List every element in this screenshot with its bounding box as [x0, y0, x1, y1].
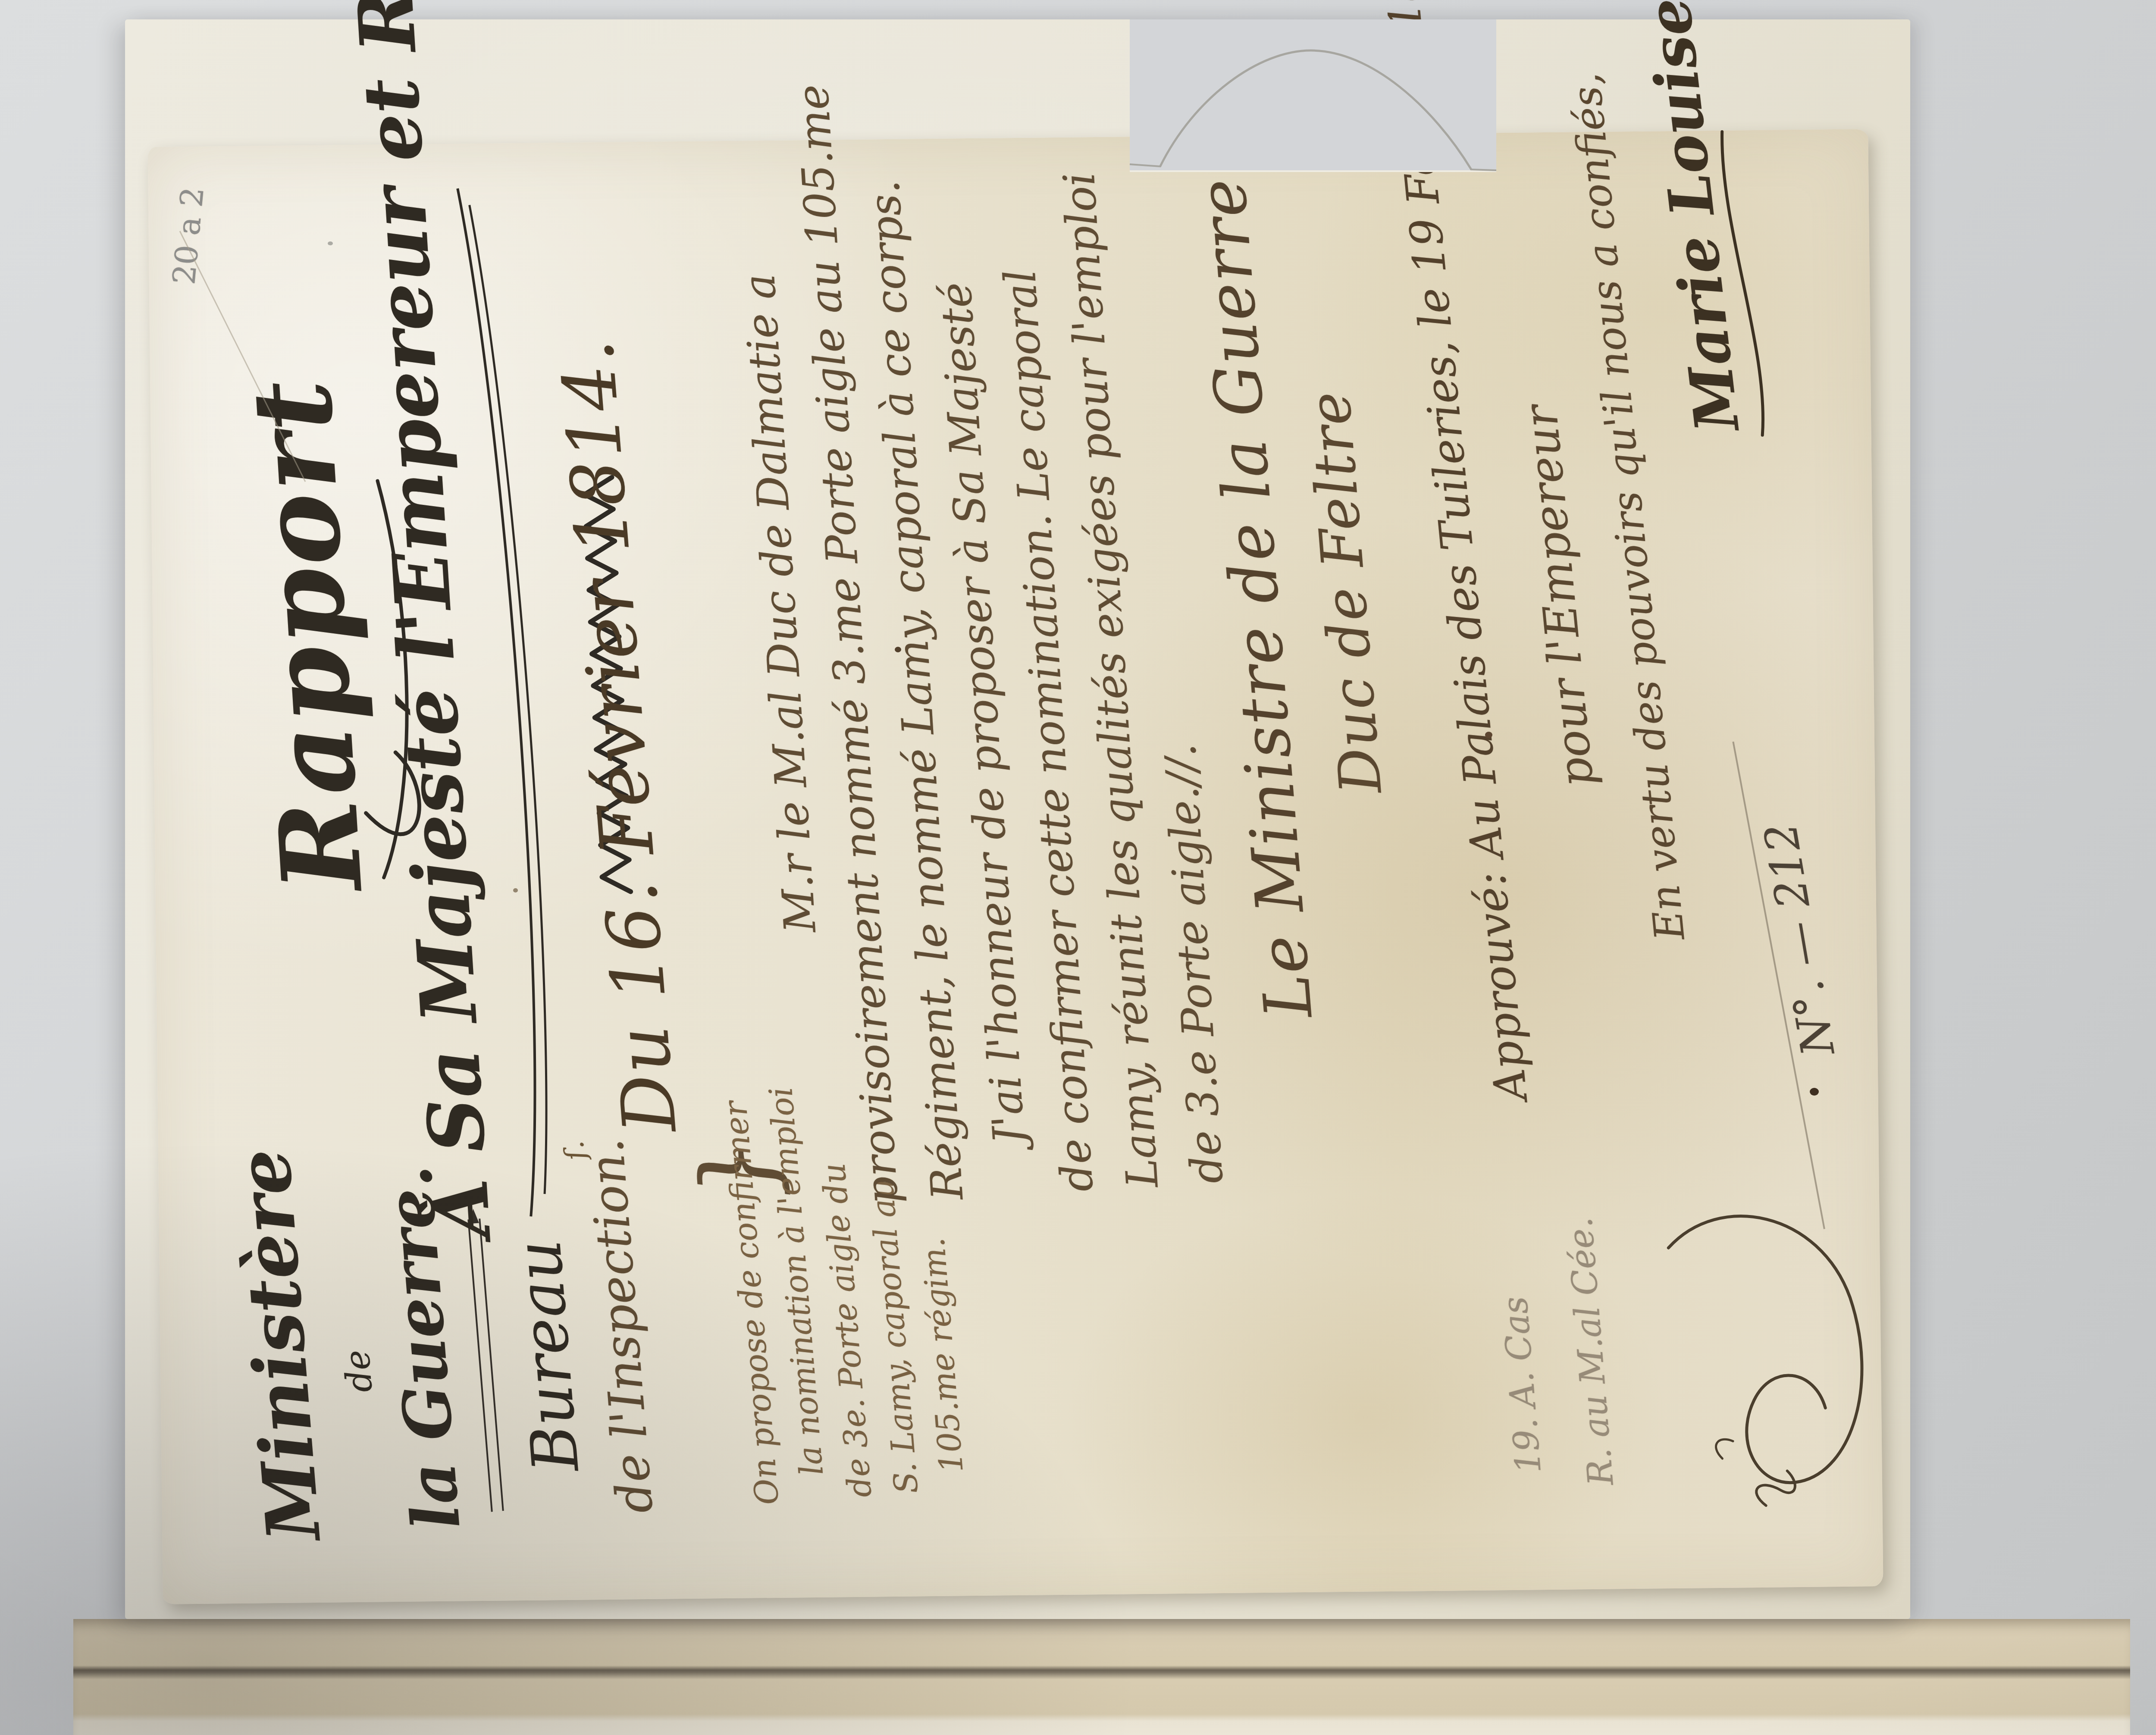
body-paragraph: M.r le M.al Duc de Dalmatie a provisoire… — [727, 141, 1233, 1209]
folder-lower-board — [73, 1619, 2130, 1735]
letterhead-inspection: de l'Inspection. — [582, 1184, 664, 1516]
letterhead-bureau: Bureau — [498, 1190, 597, 1522]
date-line: Du 16. Février 1814. — [545, 335, 693, 1136]
registry-number: N°. — 212 — [1754, 819, 1845, 1059]
registry-faint-line1: 19. A. Cas — [1495, 1295, 1549, 1475]
registry-faint-line2: R. au M.al Cée. — [1560, 1216, 1621, 1487]
document-content: Ministère de la Guerre. Bureau de l'Insp… — [147, 129, 1883, 1604]
document-paper: Ministère de la Guerre. Bureau de l'Insp… — [147, 129, 1883, 1604]
foxing-speck — [1810, 1088, 1819, 1096]
foxing-speck — [1485, 732, 1492, 738]
notch-arc-line — [1130, 19, 1496, 170]
foxing-speck — [513, 888, 518, 893]
thumb-notch — [1130, 19, 1496, 172]
letterhead-ministere: Ministère — [226, 1211, 337, 1544]
photo-backdrop: Ministère de la Guerre. Bureau de l'Insp… — [0, 0, 2156, 1735]
foxing-speck — [895, 647, 901, 652]
minister-signature: Duc de Feltre — [1296, 388, 1395, 796]
letterhead-la-guerre: la Guerre. — [373, 1199, 475, 1532]
pencil-folio: 20 a 2 — [166, 185, 211, 286]
approval-pour: pour l'Empereur — [1514, 403, 1604, 789]
foxing-speck — [328, 241, 333, 245]
paraph-flourish — [1655, 1177, 1883, 1532]
